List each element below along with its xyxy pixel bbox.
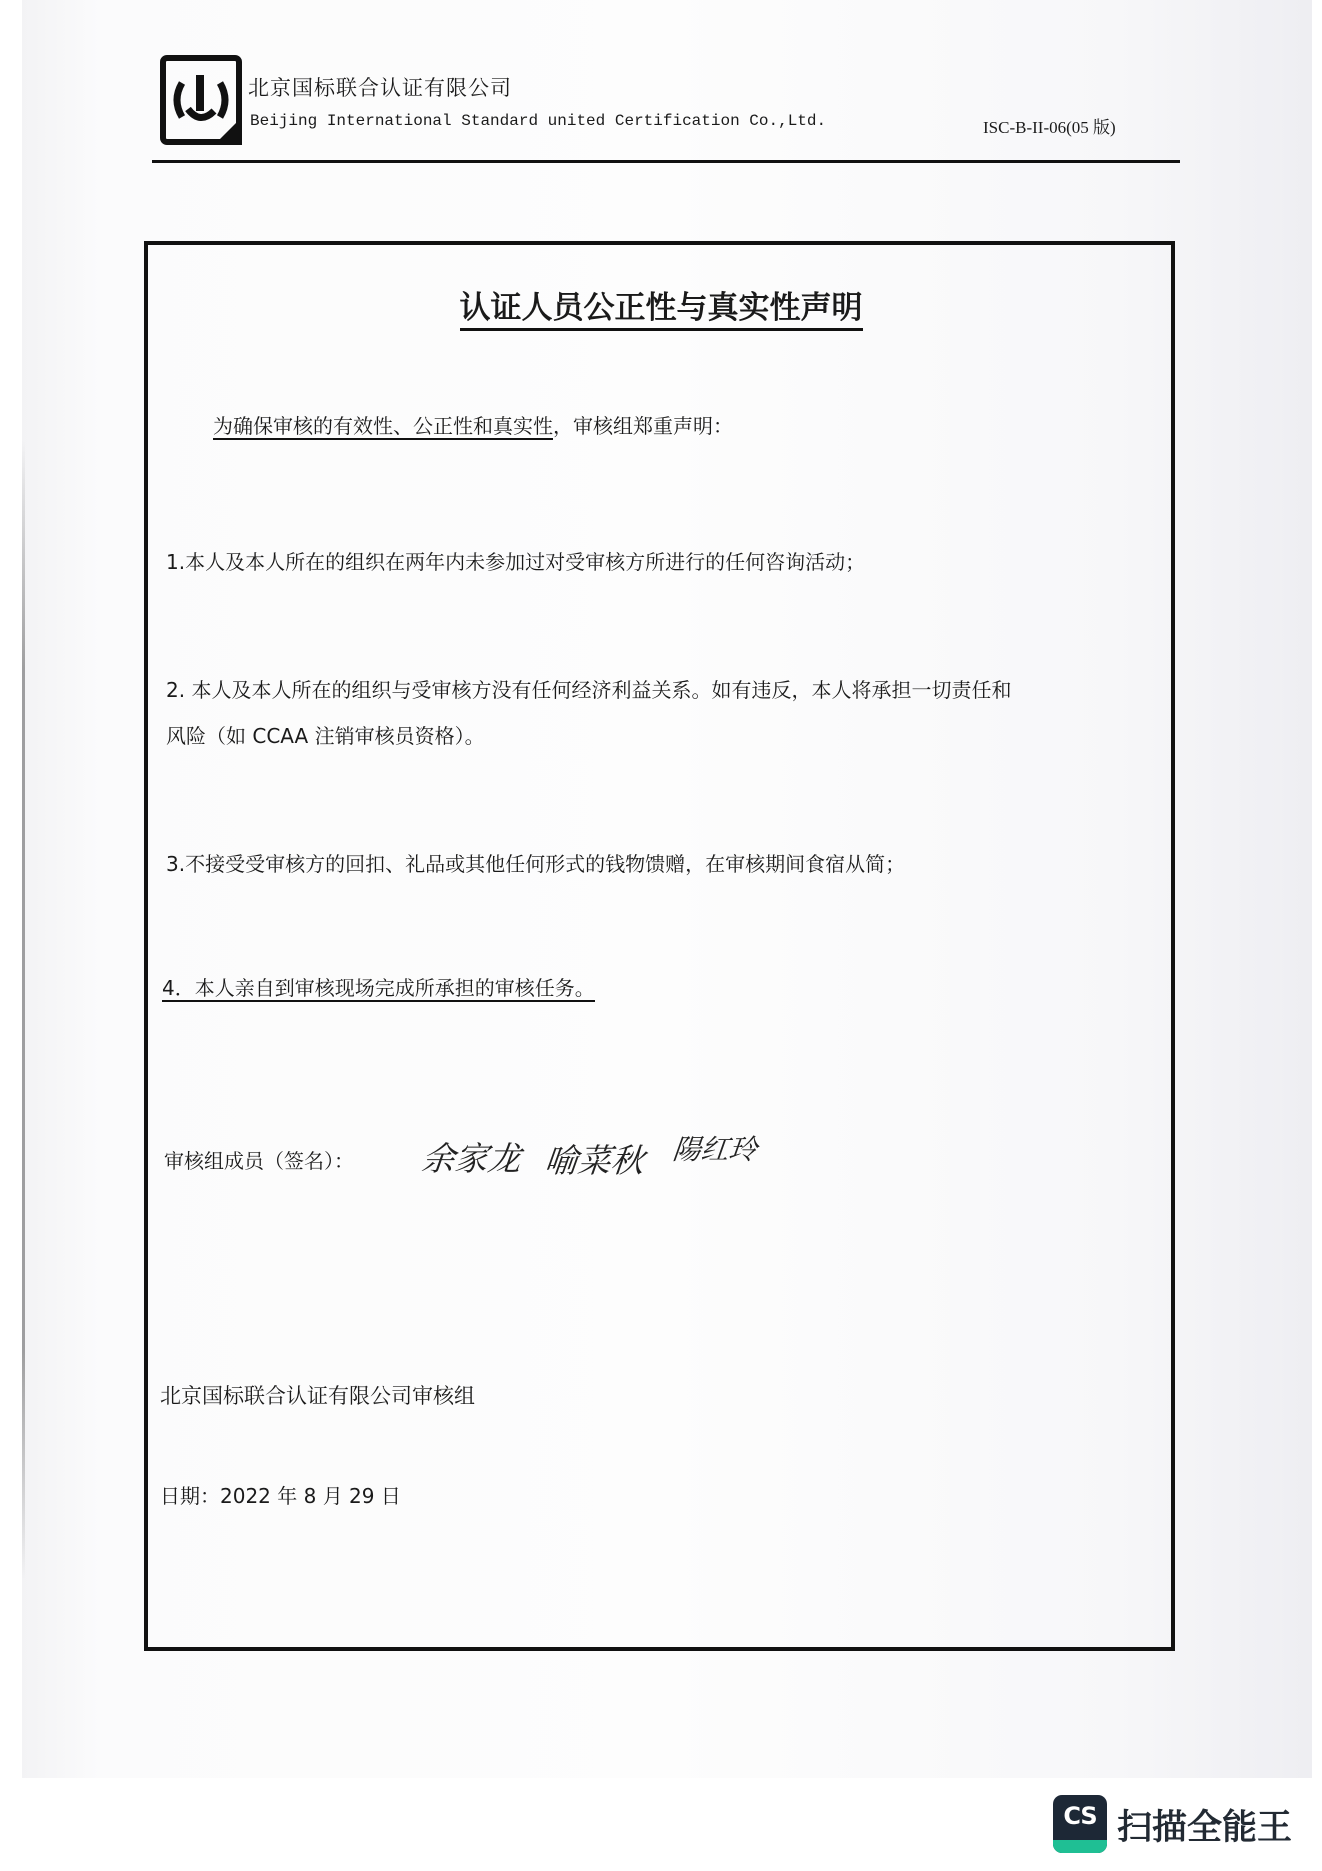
organization-name: 北京国标联合认证有限公司审核组	[160, 1380, 475, 1410]
clause-1: 1.本人及本人所在的组织在两年内未参加过对受审核方所进行的任何咨询活动；	[166, 546, 865, 575]
company-name-en: Beijing International Standard united Ce…	[250, 112, 826, 130]
paper-edge-shadow	[22, 440, 25, 1580]
company-logo-icon	[160, 55, 242, 145]
camscanner-app-name: 扫描全能王	[1117, 1800, 1292, 1850]
intro-statement: 为确保审核的有效性、公正性和真实性，审核组郑重声明：	[213, 410, 733, 439]
declaration-box	[144, 241, 1175, 1651]
signature-label: 审核组成员（签名）：	[164, 1145, 354, 1174]
document-title: 认证人员公正性与真实性声明	[0, 282, 1322, 327]
document-title-text: 认证人员公正性与真实性声明	[460, 290, 863, 331]
header-divider	[152, 160, 1180, 163]
intro-rest: ，审核组郑重声明：	[553, 414, 733, 438]
declaration-date: 日期：2022 年 8 月 29 日	[160, 1480, 401, 1509]
signature-1: 余家龙	[420, 1133, 524, 1180]
clause-2-line-2: 风险（如 CCAA 注销审核员资格）。	[166, 720, 485, 749]
camscanner-badge-text: CS	[1053, 1802, 1107, 1830]
document-code: ISC-B-II-06(05 版)	[983, 113, 1116, 138]
camscanner-logo-icon: CS	[1053, 1795, 1107, 1853]
camscanner-badge-stripe	[1053, 1840, 1107, 1853]
clause-2-line-1: 2. 本人及本人所在的组织与受审核方没有任何经济利益关系。如有违反，本人将承担一…	[166, 674, 1011, 703]
clause-4: 4．本人亲自到审核现场完成所承担的审核任务。	[162, 972, 595, 1001]
clause-3: 3.不接受受审核方的回扣、礼品或其他任何形式的钱物馈赠，在审核期间食宿从简；	[166, 848, 905, 877]
clause-4-text: 4．本人亲自到审核现场完成所承担的审核任务。	[162, 976, 595, 1002]
signature-2: 喻菜秋	[543, 1135, 647, 1182]
intro-underlined: 为确保审核的有效性、公正性和真实性	[213, 414, 553, 440]
company-name-cn: 北京国标联合认证有限公司	[248, 72, 512, 102]
signature-3: 陽红玲	[671, 1128, 759, 1168]
